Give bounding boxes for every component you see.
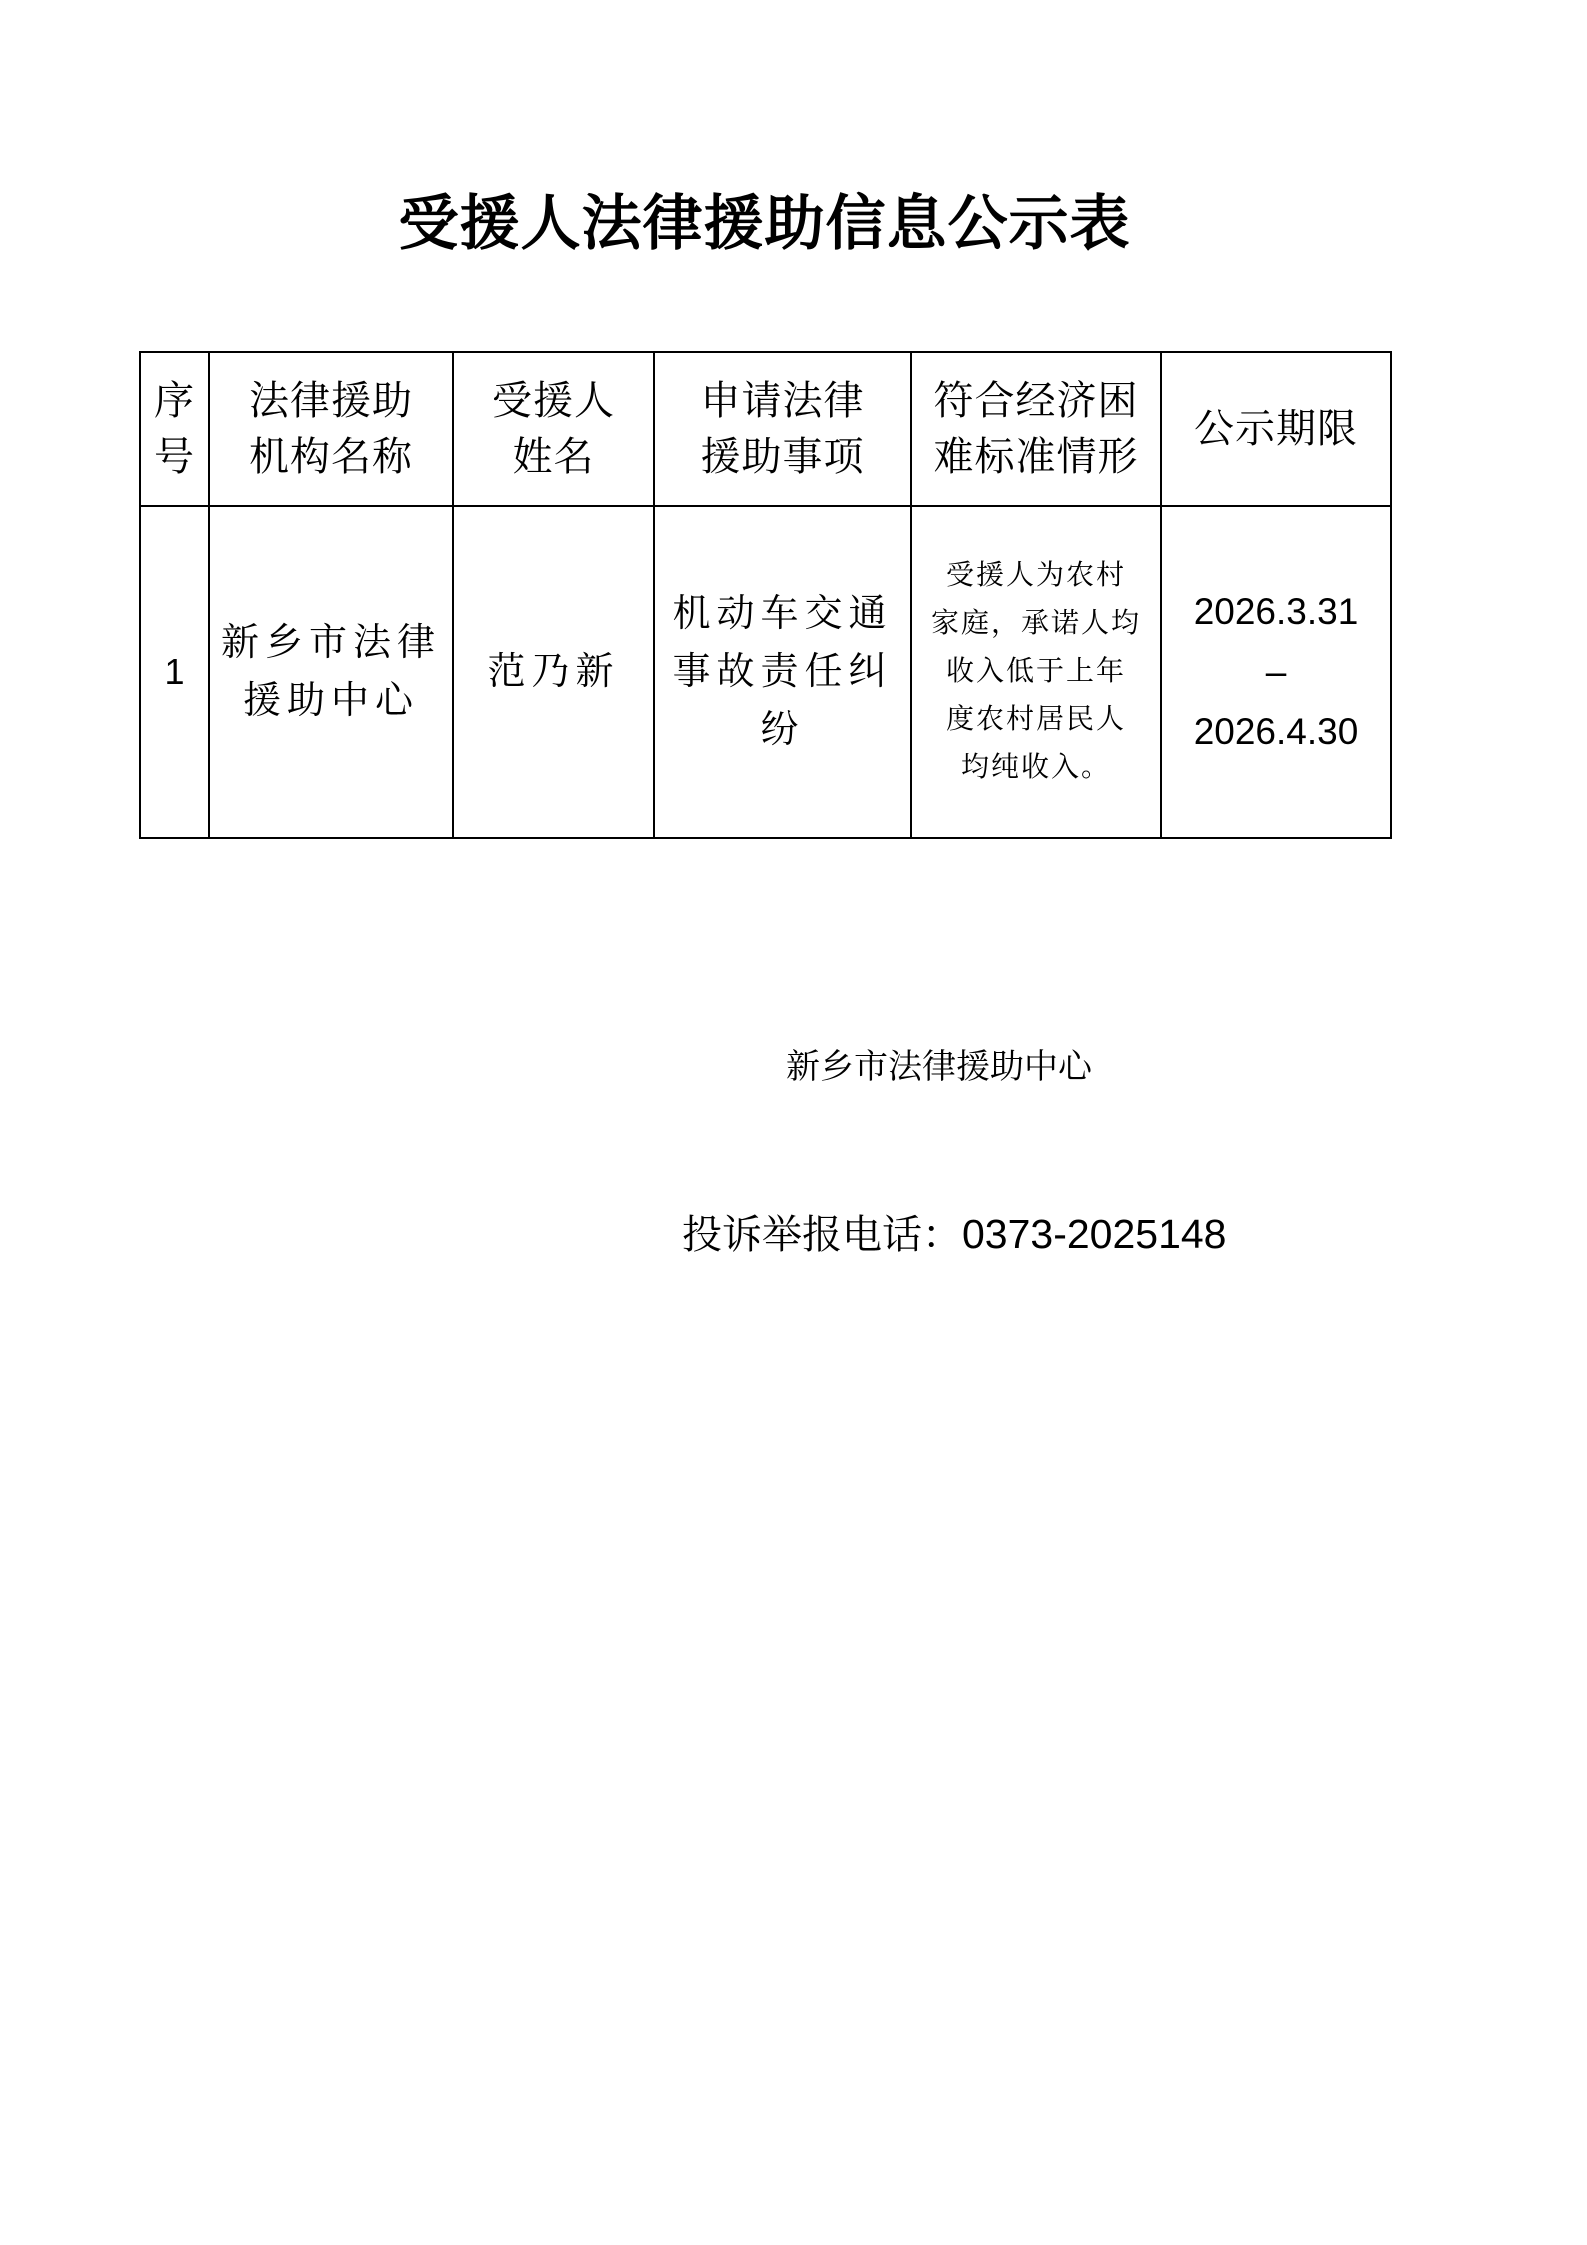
- page-title: 受援人法律援助信息公示表: [139, 188, 1390, 260]
- legal-aid-notice-table: 序 号 法律援助 机构名称 受援人 姓名 申请法律 援助事项 符合经济困 难标准…: [139, 351, 1392, 839]
- table-header-row: 序 号 法律援助 机构名称 受援人 姓名 申请法律 援助事项 符合经济困 难标准…: [140, 352, 1391, 506]
- header-cell-agency-name: 法律援助 机构名称: [209, 352, 453, 506]
- header-cell-serial-no: 序 号: [140, 352, 209, 506]
- phone-label: 投诉举报电话：: [682, 1212, 962, 1257]
- cell-aid-matter: 机动车交通 事故责任纠 纷: [654, 506, 911, 838]
- document-page: 受援人法律援助信息公示表 序 号 法律援助 机构名称 受援人 姓名 申请法律 援…: [0, 0, 1587, 2245]
- cell-serial-no: 1: [140, 506, 209, 838]
- header-cell-aid-matter: 申请法律 援助事项: [654, 352, 911, 506]
- cell-agency-name: 新乡市法律 援助中心: [209, 506, 453, 838]
- header-cell-economic-criteria: 符合经济困 难标准情形: [911, 352, 1161, 506]
- table-row: 1 新乡市法律 援助中心 范乃新 机动车交通 事故责任纠 纷 受援人为农村 家庭…: [140, 506, 1391, 838]
- cell-recipient-name: 范乃新: [453, 506, 654, 838]
- signature-text: 新乡市法律援助中心: [786, 1044, 1092, 1092]
- cell-economic-criteria: 受援人为农村 家庭，承诺人均 收入低于上年 度农村居民人 均纯收入。: [911, 506, 1161, 838]
- cell-publicity-period: 2026.3.31 – 2026.4.30: [1161, 506, 1391, 838]
- header-cell-recipient-name: 受援人 姓名: [453, 352, 654, 506]
- complaint-phone-line: 投诉举报电话：0373-2025148: [682, 1206, 1226, 1263]
- phone-number: 0373-2025148: [962, 1211, 1226, 1257]
- header-cell-publicity-period: 公示期限: [1161, 352, 1391, 506]
